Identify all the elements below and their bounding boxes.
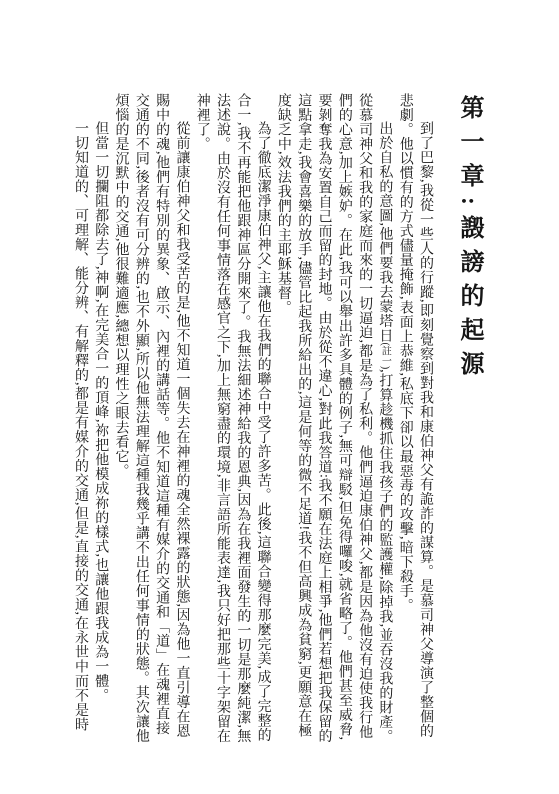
- text-run: 但當一切攔阻都除去了,神啊,在完美合一的頂峰,祢把他模成祢的樣式,也讓他跟我成為…: [93, 121, 108, 703]
- paragraph: 到了巴黎,我從一些人的行蹤,即刻覺察到對我和康伯神父有詭詐的謀算。是慕司神父導演…: [394, 93, 435, 746]
- text-run: 從前讓康伯神父和我受苦的是,他不知道一個失去在神裡的魂全然裸露的狀態,因為他一直…: [114, 93, 190, 743]
- paragraph: 但當一切攔阻都除去了,神啊,在完美合一的頂峰,祢把他模成祢的樣式,也讓他跟我成為…: [90, 93, 110, 746]
- text-run: ,打算趁機抓住我孩子們的監護權,除掉我,並吞沒我的財產。從慕司神父和我的家庭而來…: [276, 93, 392, 744]
- text-run: 出於自私的意圖,他們要我去蒙塔日: [377, 121, 392, 343]
- book-page: 第一章:譭謗的起源 到了巴黎,我從一些人的行蹤,即刻覺察到對我和康伯神父有詭詐的…: [0, 0, 559, 794]
- paragraph: 為了徹底潔淨康伯神父,主讓他在我們的聯合中受了許多苦。此後,這聯合變得那麼完美,…: [191, 93, 272, 746]
- chapter-title: 第一章:譭謗的起源: [452, 95, 487, 385]
- inline-note: (註一): [379, 343, 390, 370]
- page-body-text: 到了巴黎,我從一些人的行蹤,即刻覺察到對我和康伯神父有詭詐的謀算。是慕司神父導演…: [70, 93, 435, 746]
- paragraph: 一切知道的、可理解、能分辨、有解釋的,都是有媒介的交通,但是,直接的交通,在永世…: [70, 93, 90, 746]
- text-run: 到了巴黎,我從一些人的行蹤,即刻覺察到對我和康伯神父有詭詐的謀算。是慕司神父導演…: [398, 93, 433, 738]
- text-run: 一切知道的、可理解、能分辨、有解釋的,都是有媒介的交通,但是,直接的交通,在永世…: [73, 121, 88, 732]
- paragraph: 從前讓康伯神父和我受苦的是,他不知道一個失去在神裡的魂全然裸露的狀態,因為他一直…: [110, 93, 191, 746]
- text-run: 為了徹底潔淨康伯神父,主讓他在我們的聯合中受了許多苦。此後,這聯合變得那麼完美,…: [195, 93, 271, 743]
- paragraph: 出於自私的意圖,他們要我去蒙塔日(註一),打算趁機抓住我孩子們的監護權,除掉我,…: [273, 93, 395, 746]
